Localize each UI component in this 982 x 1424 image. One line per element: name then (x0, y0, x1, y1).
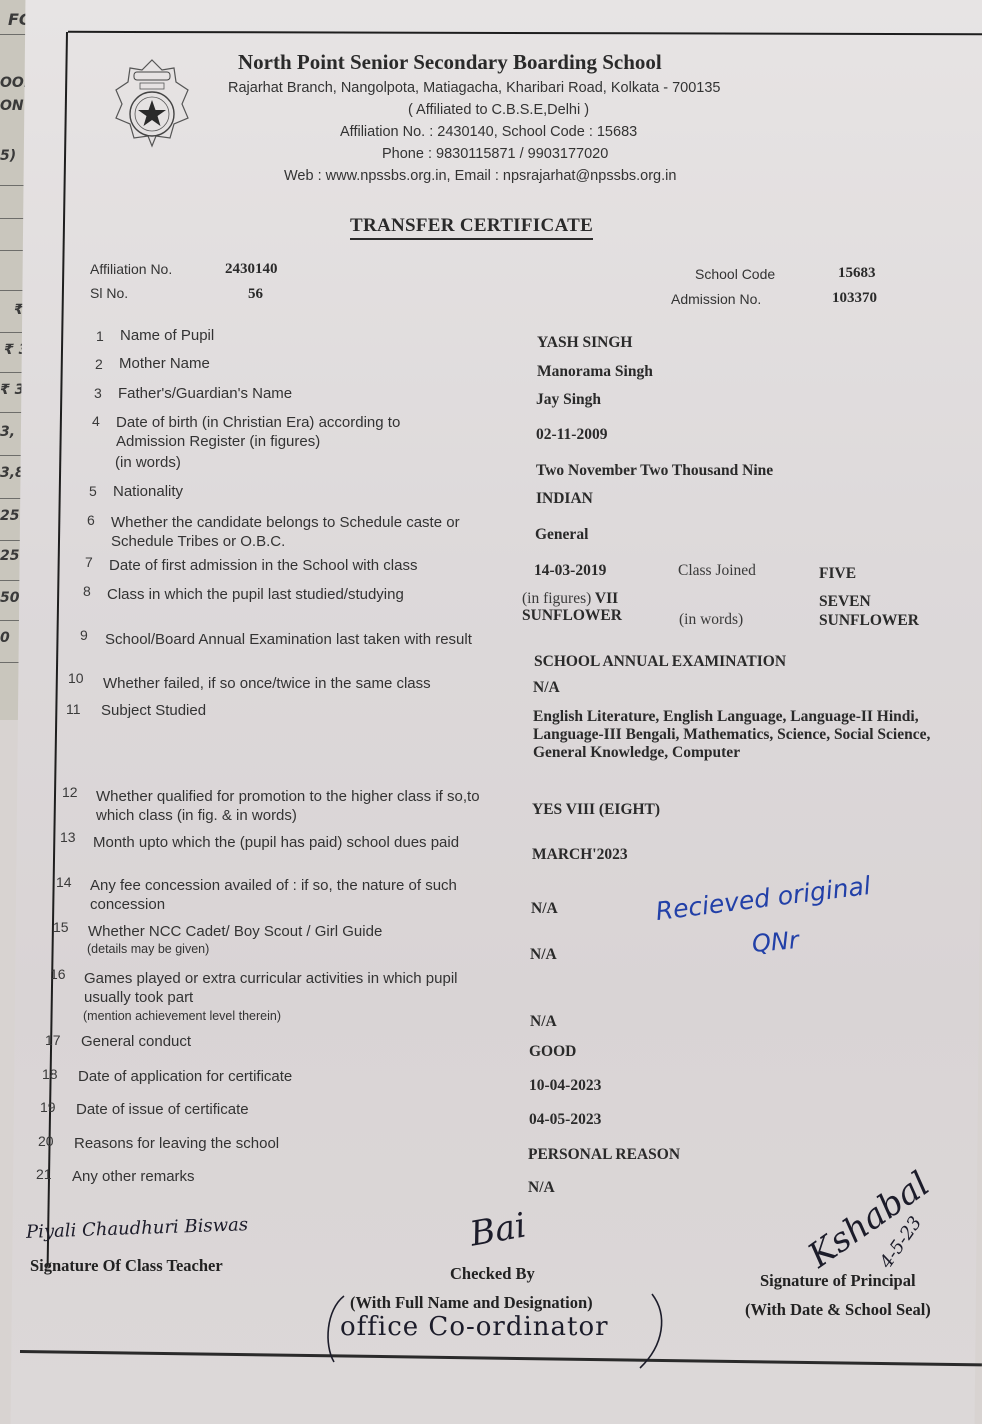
subjects-value: English Literature, English Language, La… (533, 708, 953, 762)
checked-by-label: Checked By (450, 1264, 535, 1284)
in-words-label: (in words) (679, 611, 743, 629)
row-label: General conduct (81, 1032, 191, 1051)
row-number: 3 (94, 385, 102, 401)
row-label: Whether the candidate belongs to Schedul… (111, 513, 501, 551)
background-text: 5) (0, 148, 16, 164)
row-number: 19 (40, 1099, 56, 1115)
affiliation-label: Affiliation No. (90, 261, 172, 277)
row-sublabel: (mention achievement level therein) (83, 1007, 281, 1026)
last-class-section-value: SUNFLOWER (522, 607, 622, 625)
nationality-value: INDIAN (536, 490, 593, 508)
row-label: Date of birth (in Christian Era) accordi… (116, 413, 446, 451)
category-value: General (535, 526, 588, 544)
row-sublabel: (details may be given) (87, 940, 209, 959)
conduct-value: GOOD (529, 1043, 576, 1061)
row-number: 18 (42, 1066, 58, 1082)
row-label: Whether qualified for promotion to the h… (96, 787, 486, 825)
class-joined-label: Class Joined (678, 562, 756, 580)
last-class-words-section: SUNFLOWER (819, 612, 919, 630)
background-text: 3, (0, 424, 15, 440)
last-exam-value: SCHOOL ANNUAL EXAMINATION (534, 653, 786, 671)
father-name-value: Jay Singh (536, 391, 601, 409)
mother-name-value: Manorama Singh (537, 363, 653, 381)
row-number: 8 (83, 583, 91, 599)
row-label: Any fee concession availed of : if so, t… (90, 876, 470, 914)
row-label: Whether failed, if so once/twice in the … (103, 674, 431, 693)
row-label: Month upto which the (pupil has paid) sc… (93, 833, 478, 852)
row-number: 4 (92, 413, 100, 429)
row-number: 5 (89, 483, 97, 499)
row-label: School/Board Annual Examination last tak… (105, 630, 475, 649)
row-number: 1 (96, 328, 104, 344)
row-label: Name of Pupil (120, 326, 214, 345)
dob-figures-value: 02-11-2009 (536, 426, 607, 444)
row-number: 11 (66, 701, 81, 717)
row-label: Class in which the pupil last studied/st… (107, 585, 404, 604)
web-email-line: Web : www.npssbs.org.in, Email : npsraja… (284, 168, 676, 184)
admission-no-value: 103370 (832, 290, 877, 307)
class-teacher-label: Signature Of Class Teacher (30, 1256, 223, 1276)
ncc-value: N/A (530, 946, 557, 964)
background-text: 25 (0, 548, 19, 564)
sl-no-label: Sl No. (90, 285, 128, 301)
issue-date-value: 04-05-2023 (529, 1111, 601, 1129)
affiliation-value: 2430140 (225, 261, 278, 278)
row-label: Father's/Guardian's Name (118, 384, 292, 403)
row-number: 12 (62, 784, 78, 800)
background-text: 25 (0, 508, 19, 524)
background-text: ON (0, 98, 24, 114)
row-number: 14 (56, 874, 72, 890)
certificate-title: TRANSFER CERTIFICATE (350, 215, 593, 240)
row-label: Any other remarks (72, 1167, 195, 1186)
dues-paid-value: MARCH'2023 (532, 846, 628, 864)
row-number: 9 (80, 627, 88, 643)
phone-line: Phone : 9830115871 / 9903177020 (382, 146, 608, 162)
last-class-words-value: SEVEN (819, 593, 871, 611)
row-label: Reasons for leaving the school (74, 1134, 279, 1153)
affiliation-board: ( Affiliated to C.B.S.E,Delhi ) (408, 102, 589, 118)
row-number: 15 (53, 919, 69, 935)
promotion-value: YES VIII (EIGHT) (532, 801, 660, 819)
row-label: Subject Studied (101, 701, 206, 720)
application-date-value: 10-04-2023 (529, 1077, 601, 1095)
last-class-figures-value: VII (595, 590, 618, 607)
fee-concession-value: N/A (531, 900, 558, 918)
row-label: Date of issue of certificate (76, 1100, 249, 1119)
school-name: North Point Senior Secondary Boarding Sc… (238, 50, 662, 75)
row-label: Date of first admission in the School wi… (109, 556, 417, 575)
activities-value: N/A (530, 1013, 557, 1031)
row-sublabel: (in words) (115, 453, 181, 472)
row-number: 7 (85, 554, 93, 570)
sl-no-value: 56 (248, 286, 263, 303)
row-number: 10 (68, 670, 84, 686)
school-address: Rajarhat Branch, Nangolpota, Matiagacha,… (228, 80, 721, 96)
principal-sublabel: (With Date & School Seal) (745, 1300, 931, 1320)
school-code-label: School Code (695, 266, 775, 282)
pupil-name-value: YASH SINGH (537, 334, 632, 352)
row-number: 6 (87, 512, 95, 528)
school-code-value: 15683 (838, 265, 876, 282)
leaving-reason-value: PERSONAL REASON (528, 1146, 680, 1164)
in-figures-label: (in figures) (522, 590, 591, 607)
row-number: 13 (60, 829, 76, 845)
handwritten-initials: QNr (751, 926, 800, 958)
row-number: 17 (45, 1032, 61, 1048)
row-label: Mother Name (119, 354, 210, 373)
background-text: 50 (0, 590, 19, 606)
admission-date-value: 14-03-2019 (534, 562, 606, 580)
dob-words-value: Two November Two Thousand Nine (536, 462, 773, 480)
row-number: 20 (38, 1133, 54, 1149)
admission-no-label: Admission No. (671, 291, 761, 307)
designation-bracket (322, 1290, 672, 1370)
row-number: 2 (95, 356, 103, 372)
principal-label: Signature of Principal (760, 1271, 916, 1291)
row-label: Nationality (113, 482, 183, 501)
row-number: 16 (50, 966, 66, 982)
affiliation-line: Affiliation No. : 2430140, School Code :… (340, 124, 637, 140)
remarks-value: N/A (528, 1179, 555, 1197)
last-class-figures: (in figures) VII (522, 590, 618, 608)
school-crest-star-icon (112, 58, 192, 148)
class-joined-value: FIVE (819, 565, 856, 583)
row-label: Date of application for certificate (78, 1067, 292, 1086)
background-text: 0 (0, 630, 10, 646)
row-number: 21 (36, 1166, 52, 1182)
row-label: Whether NCC Cadet/ Boy Scout / Girl Guid… (88, 922, 382, 941)
failed-value: N/A (533, 679, 560, 697)
row-label: Games played or extra curricular activit… (84, 969, 484, 1007)
